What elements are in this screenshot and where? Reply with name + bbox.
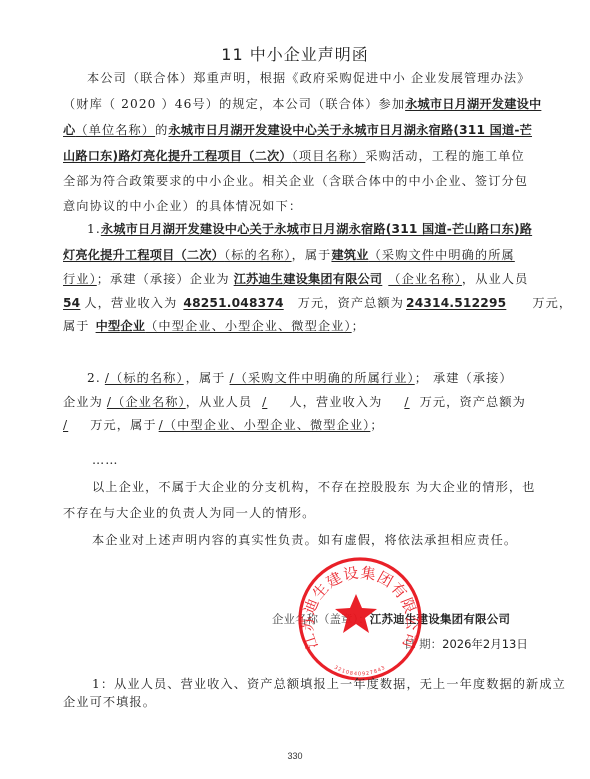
item1-text: ；承建（承接）企业为 [97,272,230,286]
para3: 本企业对上述声明内容的真实性负责。如有虚假，将依法承担相应责任。 [92,532,562,548]
para1-line4: 山路口东)路灯亮化提升工程项目（二次）（项目名称）采购活动，工程的施工单位 [63,148,533,164]
item2-text: ； 承建（承接） [415,371,513,385]
unit-name-label: （单位名称） [75,123,155,137]
footnote-line1: 1：从业人员、营业收入、资产总额填报上一年度数据，无上一年度数据的新成立 [92,676,562,692]
item1-text: ； [352,319,365,333]
item1-text: ，从业人员 [462,272,528,286]
para1-line5: 全部为符合政策要求的中小企业。相关企业（含联合体中的中小企业、签订分包 [63,173,533,189]
company-name-label: 企业名称（盖章）： [272,612,370,626]
item1-text: 属于 [63,319,90,333]
item1-contractor: 江苏迪生建设集团有限公司 [230,272,383,286]
item1-assets: 24314.512295 [404,296,532,310]
unit-name-part1: 永城市日月湖开发建设中 [405,97,541,111]
item1-text: ，属于 [292,248,332,262]
item1-line4: 54人，营业收入为48251.048374万元，资产总额为24314.51229… [63,295,533,311]
para1-line1: 本公司（联合体）郑重声明，根据《政府采购促进中小 企业发展管理办法》 [87,70,557,86]
item2-revenue: / [382,395,419,409]
para1-line6: 意向协议的中小企业）的具体情况如下： [63,198,533,214]
item1-employees: 54 [63,296,84,310]
item2-text: 万元，资产总额为 [420,395,526,409]
svg-text:江苏迪生建设集团有限公司: 江苏迪生建设集团有限公司 [299,564,421,652]
company-name-value: 江苏迪生建设集团有限公司 [370,612,510,626]
item2-industry: /（采购文件中明确的所属行业） [226,371,415,385]
item2-contractor: /（企业名称） [103,395,186,409]
item1-project-name-cont: 灯亮化提升工程项目（二次） [63,248,224,262]
para2-line1: 以上企业，不属于大企业的分支机构，不存在控股股东 为大企业的情形，也 [92,479,562,495]
item1-revenue: 48251.048374 [177,296,297,310]
item1-size-label: （中型企业、小型企业、微型企业） [145,319,352,333]
para1-line3: 心（单位名称）的永城市日月湖开发建设中心关于永城市日月湖永宿路(311 国道-芒 [63,122,533,138]
page-number: 330 [0,751,590,761]
item1-line1: 1.永城市日月湖开发建设中心关于永城市日月湖永宿路(311 国道-芒山路口东)路 [87,221,557,237]
item2-text: 万元，属于 [90,418,156,432]
para1-line2: （财库（ 2020 ）46号）的规定，本公司（联合体）参加永城市日月湖开发建设中 [63,96,533,112]
date-value: 2026年2月13日 [442,637,528,651]
item1-industry-label-cont: 行业） [63,272,97,286]
item2-text: ，属于 [186,371,226,385]
item1-project-label: （标的名称） [224,248,292,262]
item1-industry: 建筑业 [331,248,368,262]
page-title: 11 中小企业声明函 [0,42,590,65]
footnote-line2: 企业可不填报。 [63,694,533,710]
signature-date-row: 日 期：2026年2月13日 [404,636,528,652]
para1-text: （财库（ 2020 ）46号）的规定，本公司（联合体）参加 [63,97,405,111]
item2-assets: / [63,418,90,432]
item-number: 1. [87,222,101,236]
item1-text: 万元，资产总额为 [298,296,404,310]
item2-line3: /万元，属于/（中型企业、小型企业、微型企业）； [63,417,533,433]
project-name-part1: 永城市日月湖开发建设中心关于永城市日月湖永宿路(311 国道-芒 [168,123,532,137]
project-name-label: （项目名称） [292,149,366,163]
item1-enterprise-size: 中型企业 [90,319,146,333]
item1-line2: 灯亮化提升工程项目（二次）（标的名称），属于建筑业（采购文件中明确的所属 [63,247,533,263]
item2-line1: 2./（标的名称），属于/（采购文件中明确的所属行业）； 承建（承接） [87,370,557,386]
ellipsis: …… [92,452,562,468]
item2-enterprise-size: /（中型企业、小型企业、微型企业） [157,418,371,432]
item1-text: 人，营业收入为 [84,296,177,310]
project-name-part2: 山路口东)路灯亮化提升工程项目（二次） [63,149,292,163]
para2-line2: 不存在与大企业的负责人为同一人的情形。 [63,505,533,521]
item2-text: 人，营业收入为 [289,395,382,409]
date-label: 日 期： [404,637,442,651]
item2-employees: / [252,395,289,409]
item2-text: 企业为 [63,395,103,409]
para1-text: 的 [155,123,168,137]
item1-contractor-label: （企业名称） [382,272,462,286]
unit-name-part2: 心 [63,123,75,137]
signature-company-row: 企业名称（盖章）：江苏迪生建设集团有限公司 [272,611,510,627]
item1-line3: 行业）；承建（承接）企业为江苏迪生建设集团有限公司（企业名称），从业人员 [63,271,533,287]
item2-project-name: /（标的名称） [101,371,186,385]
item2-text: ，从业人员 [186,395,252,409]
item1-line5: 属于中型企业（中型企业、小型企业、微型企业）； [63,318,533,334]
item1-project-name: 永城市日月湖开发建设中心关于永城市日月湖永宿路(311 国道-芒山路口东)路 [101,222,532,236]
item1-text: 万元， [532,296,572,310]
item1-industry-label: （采购文件中明确的所属 [369,248,515,262]
para1-text: 采购活动，工程的施工单位 [365,149,524,163]
item2-text: ； [370,418,383,432]
item-number: 2. [87,371,101,385]
item2-line2: 企业为/（企业名称），从业人员/人，营业收入为/万元，资产总额为 [63,394,533,410]
